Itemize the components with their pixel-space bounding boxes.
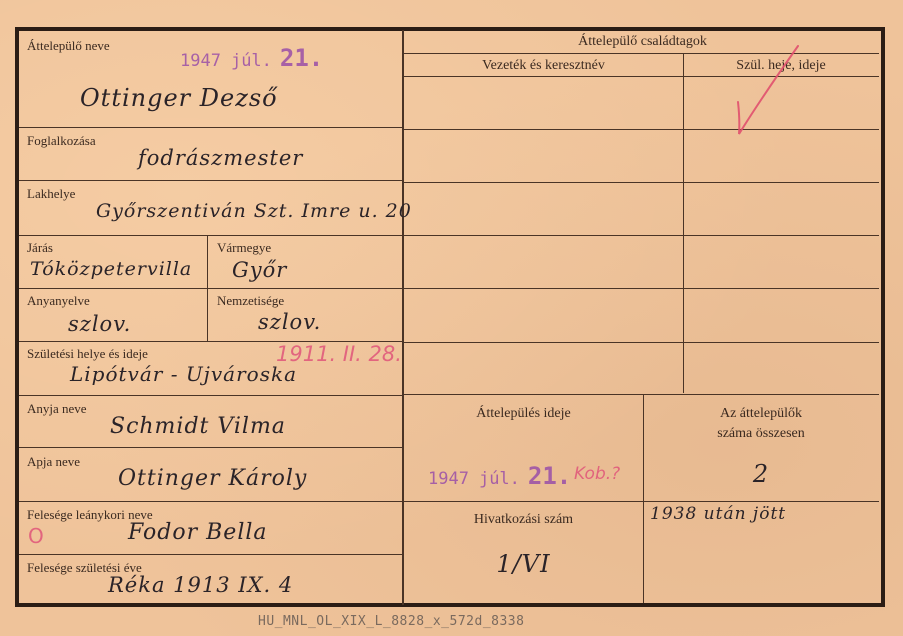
value-occupation: fodrászmester bbox=[138, 146, 303, 170]
date-stamp-name: 1947júl.21. bbox=[180, 44, 323, 72]
stamp-year: 1947 bbox=[180, 51, 221, 71]
check-mark-icon bbox=[730, 40, 810, 140]
value-mother-name: Schmidt Vilma bbox=[110, 414, 286, 439]
frame-right bbox=[881, 27, 885, 607]
rule bbox=[19, 180, 402, 181]
rule bbox=[19, 554, 402, 555]
table-row bbox=[404, 288, 879, 289]
label-mother-name: Anyja neve bbox=[27, 401, 87, 417]
frame-left bbox=[15, 27, 19, 607]
rule bbox=[404, 501, 879, 502]
label-reference-number: Hivatkozási szám bbox=[404, 512, 643, 528]
label-district: Járás bbox=[27, 240, 53, 256]
value-mother-tongue: szlov. bbox=[68, 312, 131, 336]
label-county: Vármegye bbox=[217, 240, 271, 256]
value-name: Ottinger Dezső bbox=[80, 84, 278, 112]
value-father-name: Ottinger Károly bbox=[118, 466, 307, 491]
rule bbox=[19, 447, 402, 448]
value-county: Győr bbox=[232, 258, 287, 282]
birth-date-red: 1911. II. 28. bbox=[276, 342, 402, 366]
label-nationality: Nemzetisége bbox=[217, 293, 284, 309]
rule bbox=[19, 288, 402, 289]
value-note: 1938 után jött bbox=[650, 504, 786, 524]
rule bbox=[19, 235, 402, 236]
label-count-line1: Az áttelepülők bbox=[643, 406, 879, 422]
stamp-day: 21. bbox=[528, 462, 571, 490]
label-count-line2: száma összesen bbox=[643, 426, 879, 442]
label-name: Áttelepülő neve bbox=[27, 38, 110, 54]
label-resettlement-date: Áttelepülés ideje bbox=[404, 406, 643, 422]
table-row bbox=[404, 394, 879, 395]
label-birth-place-date: Születési helye és ideje bbox=[27, 346, 148, 362]
rule bbox=[19, 127, 402, 128]
table-row bbox=[404, 235, 879, 236]
archive-reference: HU_MNL_OL_XIX_L_8828_x_572d_8338 bbox=[258, 614, 524, 629]
frame-bottom bbox=[15, 603, 885, 607]
label-occupation: Foglalkozása bbox=[27, 133, 96, 149]
value-birth-place: Lipótvár - Ujvároska bbox=[70, 362, 297, 386]
rule bbox=[19, 395, 402, 396]
rule bbox=[19, 501, 402, 502]
table-row bbox=[404, 182, 879, 183]
stamp-month: júl. bbox=[231, 51, 272, 71]
value-district: Tóközpetervilla bbox=[30, 258, 192, 280]
wife-mark-circle: O bbox=[28, 524, 44, 548]
value-reference-number: 1/VI bbox=[404, 550, 643, 578]
value-residence: Győrszentiván Szt. Imre u. 20 bbox=[96, 200, 412, 222]
date-note: Kob.? bbox=[574, 464, 620, 484]
stamp-year: 1947 bbox=[428, 469, 469, 489]
column-header-name: Vezeték és keresztnév bbox=[404, 58, 683, 74]
label-mother-tongue: Anyanyelve bbox=[27, 293, 90, 309]
table-row bbox=[404, 342, 879, 343]
stamp-day: 21. bbox=[280, 44, 323, 72]
date-stamp-resettlement: 1947júl.21. bbox=[428, 462, 571, 490]
value-wife-maiden-name: Fodor Bella bbox=[128, 520, 268, 545]
stamp-month: júl. bbox=[479, 469, 520, 489]
rule bbox=[207, 235, 208, 341]
frame-top bbox=[15, 27, 885, 31]
value-wife-birth-year: Réka 1913 IX. 4 bbox=[108, 573, 293, 597]
value-nationality: szlov. bbox=[258, 310, 321, 334]
value-count: 2 bbox=[643, 460, 879, 488]
label-residence: Lakhelye bbox=[27, 186, 75, 202]
label-father-name: Apja neve bbox=[27, 454, 80, 470]
